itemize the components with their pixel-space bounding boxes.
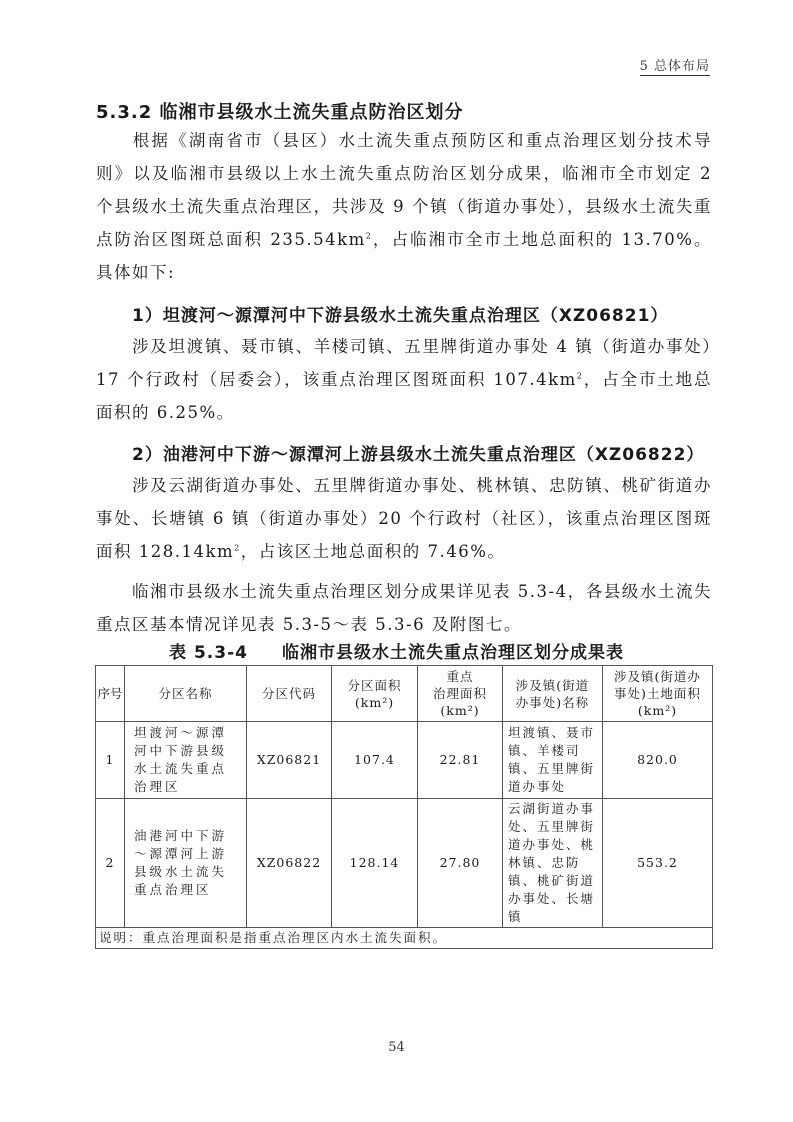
cell-code: XZ06821	[247, 722, 332, 799]
header-key-area: 重点治理面积(km²)	[418, 666, 503, 722]
header-code: 分区代码	[247, 666, 332, 722]
table-number: 表 5.3-4	[169, 643, 248, 663]
zone-2-tail: ，占该区土地总面积的 7.46%。	[241, 542, 506, 561]
cell-key-area: 27.80	[418, 799, 503, 928]
table-header-row: 序号 分区名称 分区代码 分区面积(km²) 重点治理面积(km²) 涉及镇(街…	[96, 666, 713, 722]
cell-towns: 坦渡镇、聂市镇、羊楼司镇、五里牌街道办事处	[503, 722, 603, 799]
reference-paragraph: 临湘市县级水土流失重点治理区划分成果详见表 5.3-4，各县级水土流失重点区基本…	[96, 575, 712, 641]
cell-area: 128.14	[332, 799, 418, 928]
header-land-line2: 事处)土地面积	[608, 685, 707, 702]
cell-name: 油港河中下游～源潭河上游县级水土流失重点治理区	[125, 799, 247, 928]
header-name: 分区名称	[125, 666, 247, 722]
header-key-unit: (km²)	[423, 702, 497, 719]
table-title: 临湘市县级水土流失重点治理区划分成果表	[282, 643, 624, 663]
cell-towns: 云湖街道办事处、五里牌街道办事处、桃林镇、忠防镇、桃矿街道办事处、长塘镇	[503, 799, 603, 928]
zone-2-paragraph: 涉及云湖街道办事处、五里牌街道办事处、桃林镇、忠防镇、桃矿街道办事处、长塘镇 6…	[96, 469, 712, 568]
table-note-row: 说明：重点治理面积是指重点治理区内水土流失面积。	[96, 928, 713, 949]
table-caption: 表 5.3-4临湘市县级水土流失重点治理区划分成果表	[0, 638, 793, 663]
zone-2-sup: 2	[234, 544, 241, 553]
zone-1-paragraph: 涉及坦渡镇、聂市镇、羊楼司镇、五里牌街道办事处 4 镇（街道办事处）17 个行政…	[96, 330, 712, 429]
header-area: 分区面积(km²)	[332, 666, 418, 722]
page-number: 54	[0, 1040, 793, 1055]
cell-key-area: 22.81	[418, 722, 503, 799]
cell-index: 2	[96, 799, 125, 928]
header-land-unit: (km²)	[608, 702, 707, 719]
header-index: 序号	[96, 666, 125, 722]
cell-land-area: 820.0	[603, 722, 713, 799]
header-towns-line1: 涉及镇(街道	[508, 677, 597, 694]
header-key-line1: 重点	[423, 668, 497, 685]
zone-1-heading: 1）坦渡河～源潭河中下游县级水土流失重点治理区（XZ06821）	[132, 301, 668, 326]
intro-paragraph: 根据《湖南省市（县区）水土流失重点预防区和重点治理区划分技术导则》以及临湘市县级…	[96, 124, 712, 289]
header-key-line2: 治理面积	[423, 685, 497, 702]
cell-code: XZ06822	[247, 799, 332, 928]
header-towns-line2: 办事处)名称	[508, 694, 597, 711]
table-note: 说明：重点治理面积是指重点治理区内水土流失面积。	[96, 928, 713, 949]
header-land-area: 涉及镇(街道办事处)土地面积(km²)	[603, 666, 713, 722]
table-row: 1 坦渡河～源潭河中下游县级水土流失重点治理区 XZ06821 107.4 22…	[96, 722, 713, 799]
header-area-unit: (km²)	[337, 694, 412, 711]
cell-area: 107.4	[332, 722, 418, 799]
header-towns: 涉及镇(街道办事处)名称	[503, 666, 603, 722]
zoning-results-table: 序号 分区名称 分区代码 分区面积(km²) 重点治理面积(km²) 涉及镇(街…	[95, 665, 713, 949]
header-land-line1: 涉及镇(街道办	[608, 668, 707, 685]
cell-land-area: 553.2	[603, 799, 713, 928]
reference-text: 临湘市县级水土流失重点治理区划分成果详见表 5.3-4，各县级水土流失重点区基本…	[96, 582, 712, 634]
cell-index: 1	[96, 722, 125, 799]
section-title: 5.3.2 临湘市县级水土流失重点防治区划分	[96, 98, 464, 124]
cell-name: 坦渡河～源潭河中下游县级水土流失重点治理区	[125, 722, 247, 799]
header-area-line1: 分区面积	[337, 677, 412, 694]
zone-2-heading: 2）油港河中下游～源潭河上游县级水土流失重点治理区（XZ06822）	[132, 440, 704, 465]
running-header: 5 总体布局	[640, 55, 710, 76]
table-row: 2 油港河中下游～源潭河上游县级水土流失重点治理区 XZ06822 128.14…	[96, 799, 713, 928]
